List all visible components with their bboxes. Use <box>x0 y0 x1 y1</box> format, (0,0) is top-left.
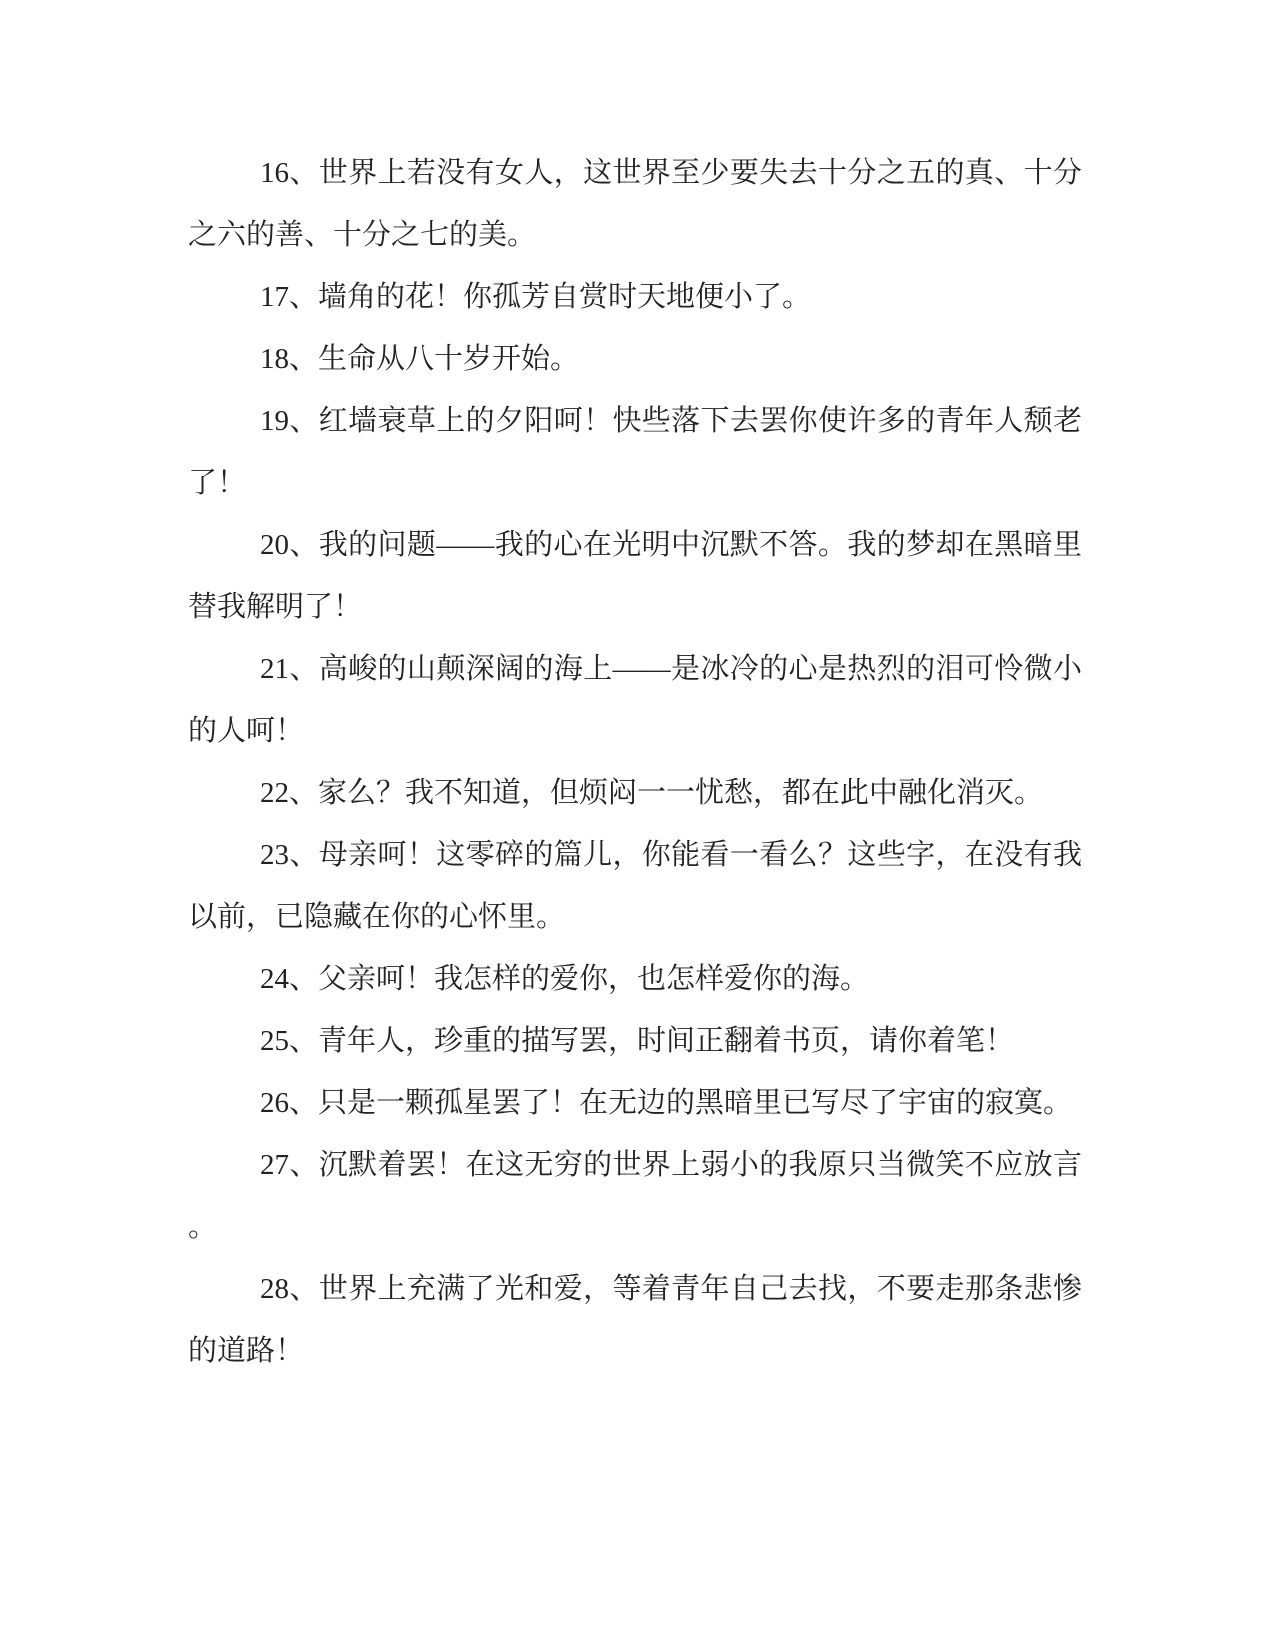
quote-text: 高峻的山颠深阔的海上——是冰冷的心是热烈的泪可怜微小的人呵！ <box>188 653 1082 747</box>
quote-text: 我的问题——我的心在光明中沉默不答。我的梦却在黑暗里替我解明了！ <box>188 529 1082 623</box>
quote-paragraph: 22、家么？我不知道，但烦闷一一忧愁，都在此中融化消灭。 <box>188 762 1082 824</box>
document-page: 16、世界上若没有女人，这世界至少要失去十分之五的真、十分之六的善、十分之七的美… <box>0 0 1275 1650</box>
quote-text: 世界上充满了光和爱，等着青年自己去找，不要走那条悲惨的道路！ <box>188 1273 1082 1367</box>
quote-number: 24、 <box>260 963 318 995</box>
quote-paragraph: 21、高峻的山颠深阔的海上——是冰冷的心是热烈的泪可怜微小的人呵！ <box>188 638 1082 762</box>
quote-paragraph: 27、沉默着罢！在这无穷的世界上弱小的我原只当微笑不应放言。 <box>188 1134 1082 1258</box>
quote-number: 26、 <box>260 1087 318 1119</box>
quote-paragraph: 16、世界上若没有女人，这世界至少要失去十分之五的真、十分之六的善、十分之七的美… <box>188 142 1082 266</box>
quote-paragraph: 20、我的问题——我的心在光明中沉默不答。我的梦却在黑暗里替我解明了！ <box>188 514 1082 638</box>
quote-number: 27、 <box>260 1149 319 1181</box>
quote-text: 红墙衰草上的夕阳呵！快些落下去罢你使许多的青年人颓老了！ <box>188 405 1082 499</box>
quote-paragraph: 23、母亲呵！这零碎的篇儿，你能看一看么？这些字，在没有我以前，已隐藏在你的心怀… <box>188 824 1082 948</box>
quote-text: 家么？我不知道，但烦闷一一忧愁，都在此中融化消灭。 <box>318 777 1043 809</box>
quote-number: 17、 <box>260 281 318 313</box>
quote-number: 23、 <box>260 839 319 871</box>
quote-text: 青年人，珍重的描写罢，时间正翻着书页，请你着笔！ <box>318 1025 1014 1057</box>
quote-text: 母亲呵！这零碎的篇儿，你能看一看么？这些字，在没有我以前，已隐藏在你的心怀里。 <box>188 839 1082 933</box>
quote-number: 20、 <box>260 529 319 561</box>
quote-number: 19、 <box>260 405 319 437</box>
quote-text: 墙角的花！你孤芳自赏时天地便小了。 <box>318 281 811 313</box>
quote-paragraph: 28、世界上充满了光和爱，等着青年自己去找，不要走那条悲惨的道路！ <box>188 1258 1082 1382</box>
quote-number: 18、 <box>260 343 318 375</box>
quote-paragraph: 18、生命从八十岁开始。 <box>188 328 1082 390</box>
quote-text: 父亲呵！我怎样的爱你，也怎样爱你的海。 <box>318 963 869 995</box>
quote-text: 生命从八十岁开始。 <box>318 343 579 375</box>
quote-paragraph: 26、只是一颗孤星罢了！在无边的黑暗里已写尽了宇宙的寂寞。 <box>188 1072 1082 1134</box>
quote-text: 世界上若没有女人，这世界至少要失去十分之五的真、十分之六的善、十分之七的美。 <box>188 157 1082 251</box>
quote-paragraph: 24、父亲呵！我怎样的爱你，也怎样爱你的海。 <box>188 948 1082 1010</box>
quote-number: 25、 <box>260 1025 318 1057</box>
quote-paragraph: 17、墙角的花！你孤芳自赏时天地便小了。 <box>188 266 1082 328</box>
quote-text: 只是一颗孤星罢了！在无边的黑暗里已写尽了宇宙的寂寞。 <box>318 1087 1072 1119</box>
quote-number: 21、 <box>260 653 319 685</box>
quote-number: 22、 <box>260 777 318 809</box>
quotes-list: 16、世界上若没有女人，这世界至少要失去十分之五的真、十分之六的善、十分之七的美… <box>188 142 1082 1382</box>
quote-paragraph: 19、红墙衰草上的夕阳呵！快些落下去罢你使许多的青年人颓老了！ <box>188 390 1082 514</box>
quote-paragraph: 25、青年人，珍重的描写罢，时间正翻着书页，请你着笔！ <box>188 1010 1082 1072</box>
quote-text: 沉默着罢！在这无穷的世界上弱小的我原只当微笑不应放言。 <box>188 1149 1082 1243</box>
quote-number: 28、 <box>260 1273 319 1305</box>
quote-number: 16、 <box>260 157 319 189</box>
